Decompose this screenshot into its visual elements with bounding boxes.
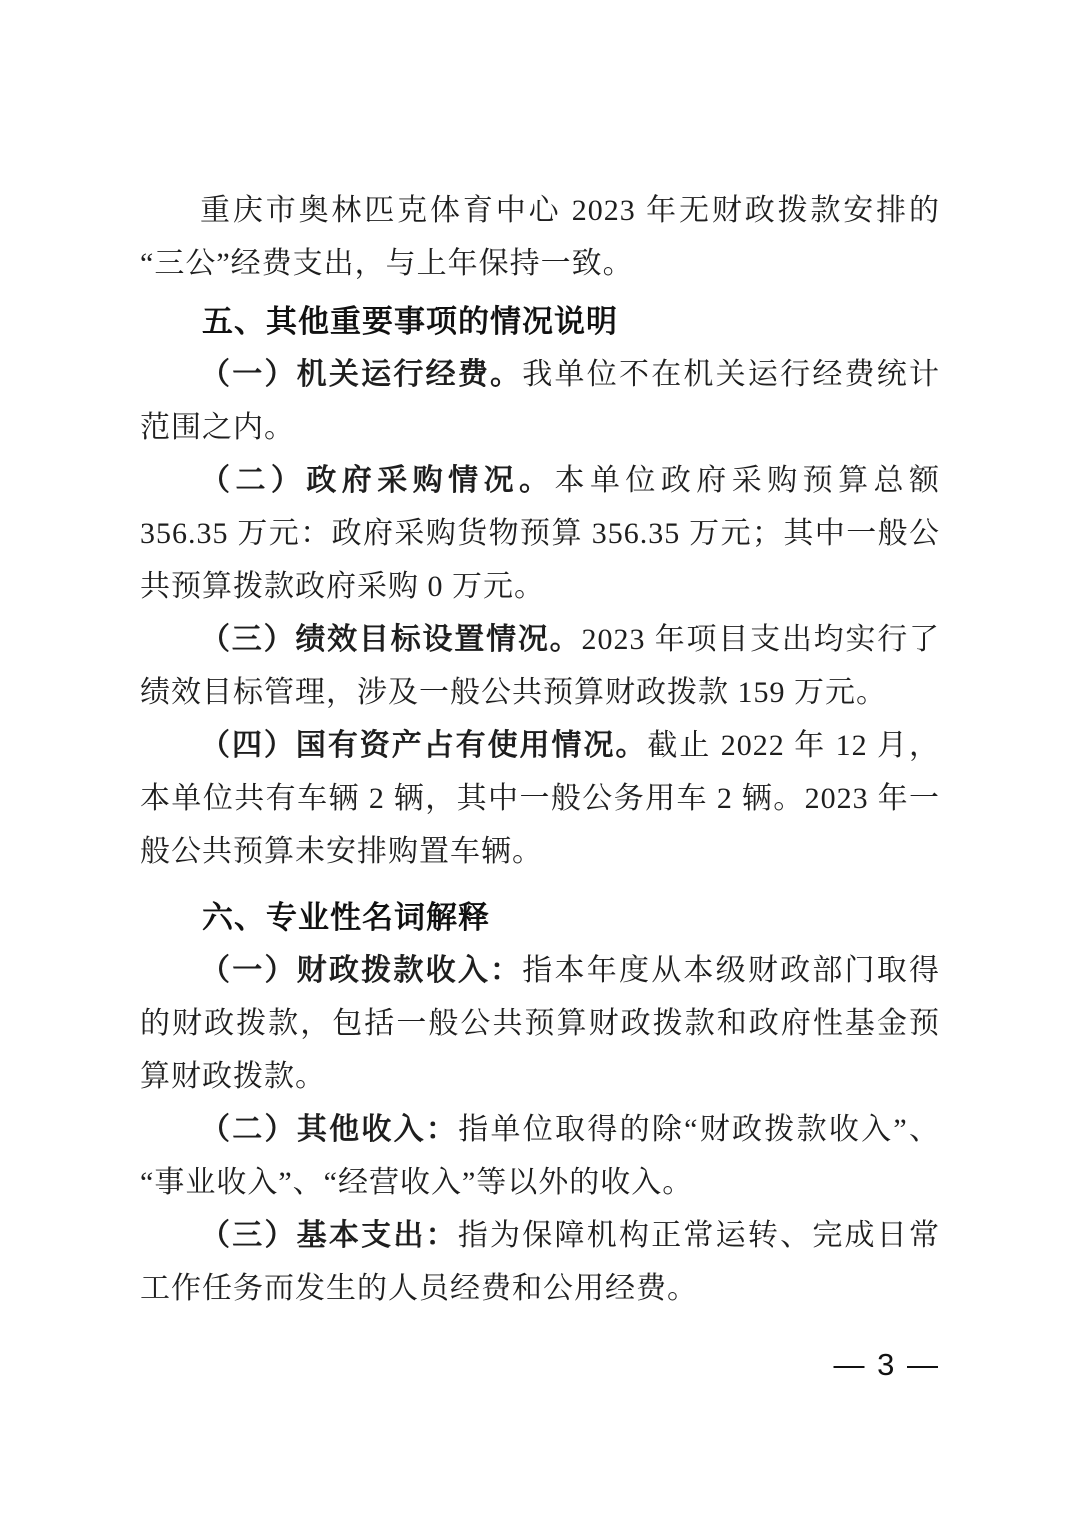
section5-item-3-label: （三）绩效目标设置情况。	[200, 623, 581, 656]
section5-item-3: （三）绩效目标设置情况。2023 年项目支出均实行了绩效目标管理，涉及一般公共预…	[140, 613, 940, 719]
section5-item-2-label: （二）政府采购情况。	[200, 464, 555, 497]
section5-item-4-label: （四）国有资产占有使用情况。	[200, 729, 647, 762]
section6-item-3: （三）基本支出：指为保障机构正常运转、完成日常工作任务而发生的人员经费和公用经费…	[140, 1209, 940, 1315]
intro-paragraph-text: 重庆市奥林匹克体育中心 2023 年无财政拨款安排的“三公”经费支出，与上年保持…	[140, 194, 940, 280]
section5-item-4: （四）国有资产占有使用情况。截止 2022 年 12 月，本单位共有车辆 2 辆…	[140, 719, 940, 878]
section5-item-1-label: （一）机关运行经费。	[200, 358, 522, 391]
section6-item-3-label: （三）基本支出：	[200, 1219, 458, 1252]
section6-item-1-label: （一）财政拨款收入：	[200, 954, 522, 987]
section6-item-2-label: （二）其他收入：	[200, 1113, 458, 1146]
intro-paragraph: 重庆市奥林匹克体育中心 2023 年无财政拨款安排的“三公”经费支出，与上年保持…	[140, 184, 940, 290]
section5-heading: 五、其他重要事项的情况说明	[140, 295, 940, 348]
document-body: 重庆市奥林匹克体育中心 2023 年无财政拨款安排的“三公”经费支出，与上年保持…	[140, 184, 940, 1315]
section6-item-1: （一）财政拨款收入：指本年度从本级财政部门取得的财政拨款，包括一般公共预算财政拨…	[140, 944, 940, 1103]
document-page: 重庆市奥林匹克体育中心 2023 年无财政拨款安排的“三公”经费支出，与上年保持…	[0, 0, 1074, 1520]
page-number: — 3 —	[834, 1345, 940, 1385]
section6-heading: 六、专业性名词解释	[140, 891, 940, 944]
section5-item-2: （二）政府采购情况。本单位政府采购预算总额 356.35 万元：政府采购货物预算…	[140, 454, 940, 613]
section5-item-1: （一）机关运行经费。我单位不在机关运行经费统计范围之内。	[140, 348, 940, 454]
section6-item-2: （二）其他收入：指单位取得的除“财政拨款收入”、“事业收入”、“经营收入”等以外…	[140, 1103, 940, 1209]
